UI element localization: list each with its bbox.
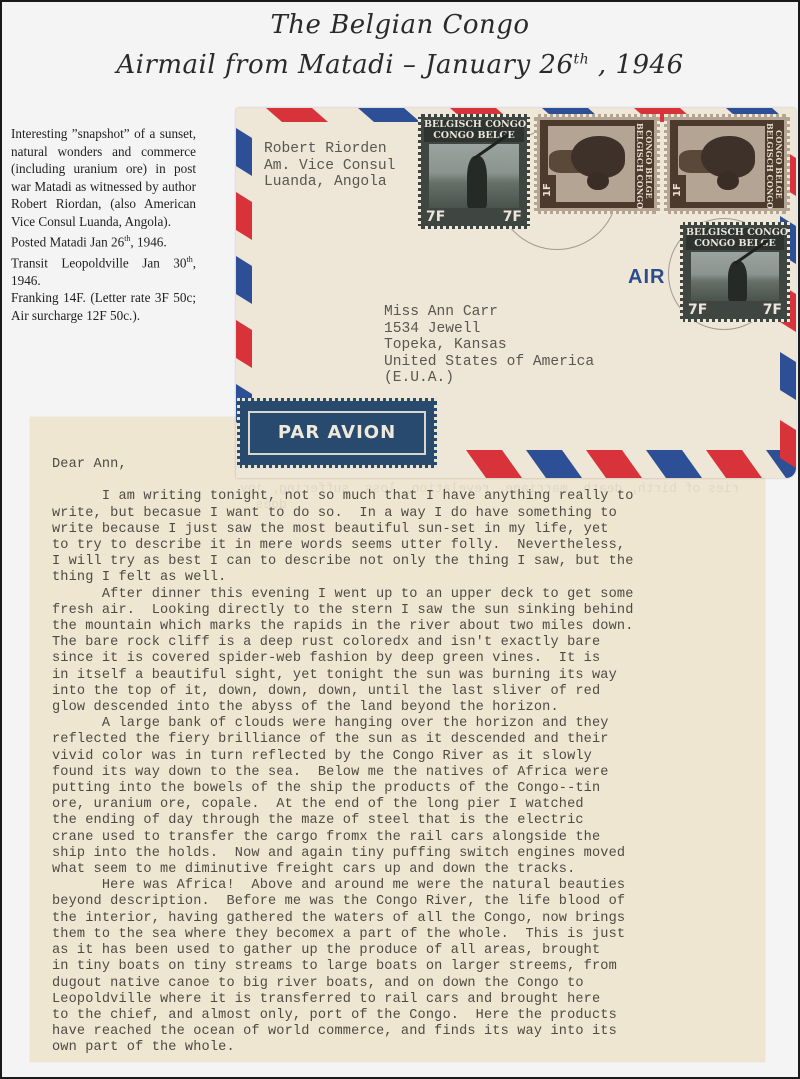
recipient-address: Miss Ann Carr 1534 Jewell Topeka, Kansas… [384,304,594,387]
stamp-value: 7F [763,303,782,318]
airmail-envelope: Robert Riorden Am. Vice Consul Luanda, A… [236,108,796,478]
par-avion-label: PAR AVION [237,398,437,468]
notes-description: Interesting ”snapshot” of a sunset, natu… [11,125,196,230]
soldier-scene-icon [429,144,519,208]
notes-posted: Posted Matadi Jan 26th, 1946. [11,230,196,251]
stamp-woman-1f: CONGO BELGE BELGISCH CONGO 1F [664,114,790,214]
stamp-header: BELGISCH CONGO CONGO BELGE [686,228,784,250]
stamp-soldier-7f: BELGISCH CONGO CONGO BELGE 7F 7F [680,222,790,322]
stamp-side-text: CONGO BELGE BELGISCH CONGO [765,123,783,205]
notes-franking: Franking 14F. (Letter rate 3F 50c; Air s… [11,289,196,324]
page-title: The Belgian Congo [0,10,800,40]
stamp-value: 7F [503,210,522,225]
stamp-woman-1f: CONGO BELGE BELGISCH CONGO 1F [534,114,660,214]
stamp-value: 7F [426,210,445,225]
sender-address: Robert Riorden Am. Vice Consul Luanda, A… [264,141,395,191]
stamp-header: BELGISCH CONGO CONGO BELGE [424,120,524,142]
typed-letter: --ebangiood-- eto ries of birth, death, … [30,417,765,1062]
page-subtitle: Airmail from Matadi – January 26th , 194… [0,50,800,80]
stamp-value: 1F [670,175,686,205]
soldier-scene-icon [691,252,779,301]
air-imprint: AIR [628,266,665,289]
stamp-side-text: CONGO BELGE BELGISCH CONGO [635,123,653,205]
stamp-value: 1F [540,175,556,205]
stamp-value: 7F [688,303,707,318]
letter-body: Dear Ann, I am writing tonight, not so m… [52,457,634,1057]
exhibit-notes: Interesting ”snapshot” of a sunset, natu… [11,125,196,324]
par-avion-text: PAR AVION [248,411,426,455]
notes-transit: Transit Leopoldville Jan 30th, 1946. [11,251,196,289]
stamp-soldier-7f: BELGISCH CONGO CONGO BELGE 7F 7F [418,114,530,229]
